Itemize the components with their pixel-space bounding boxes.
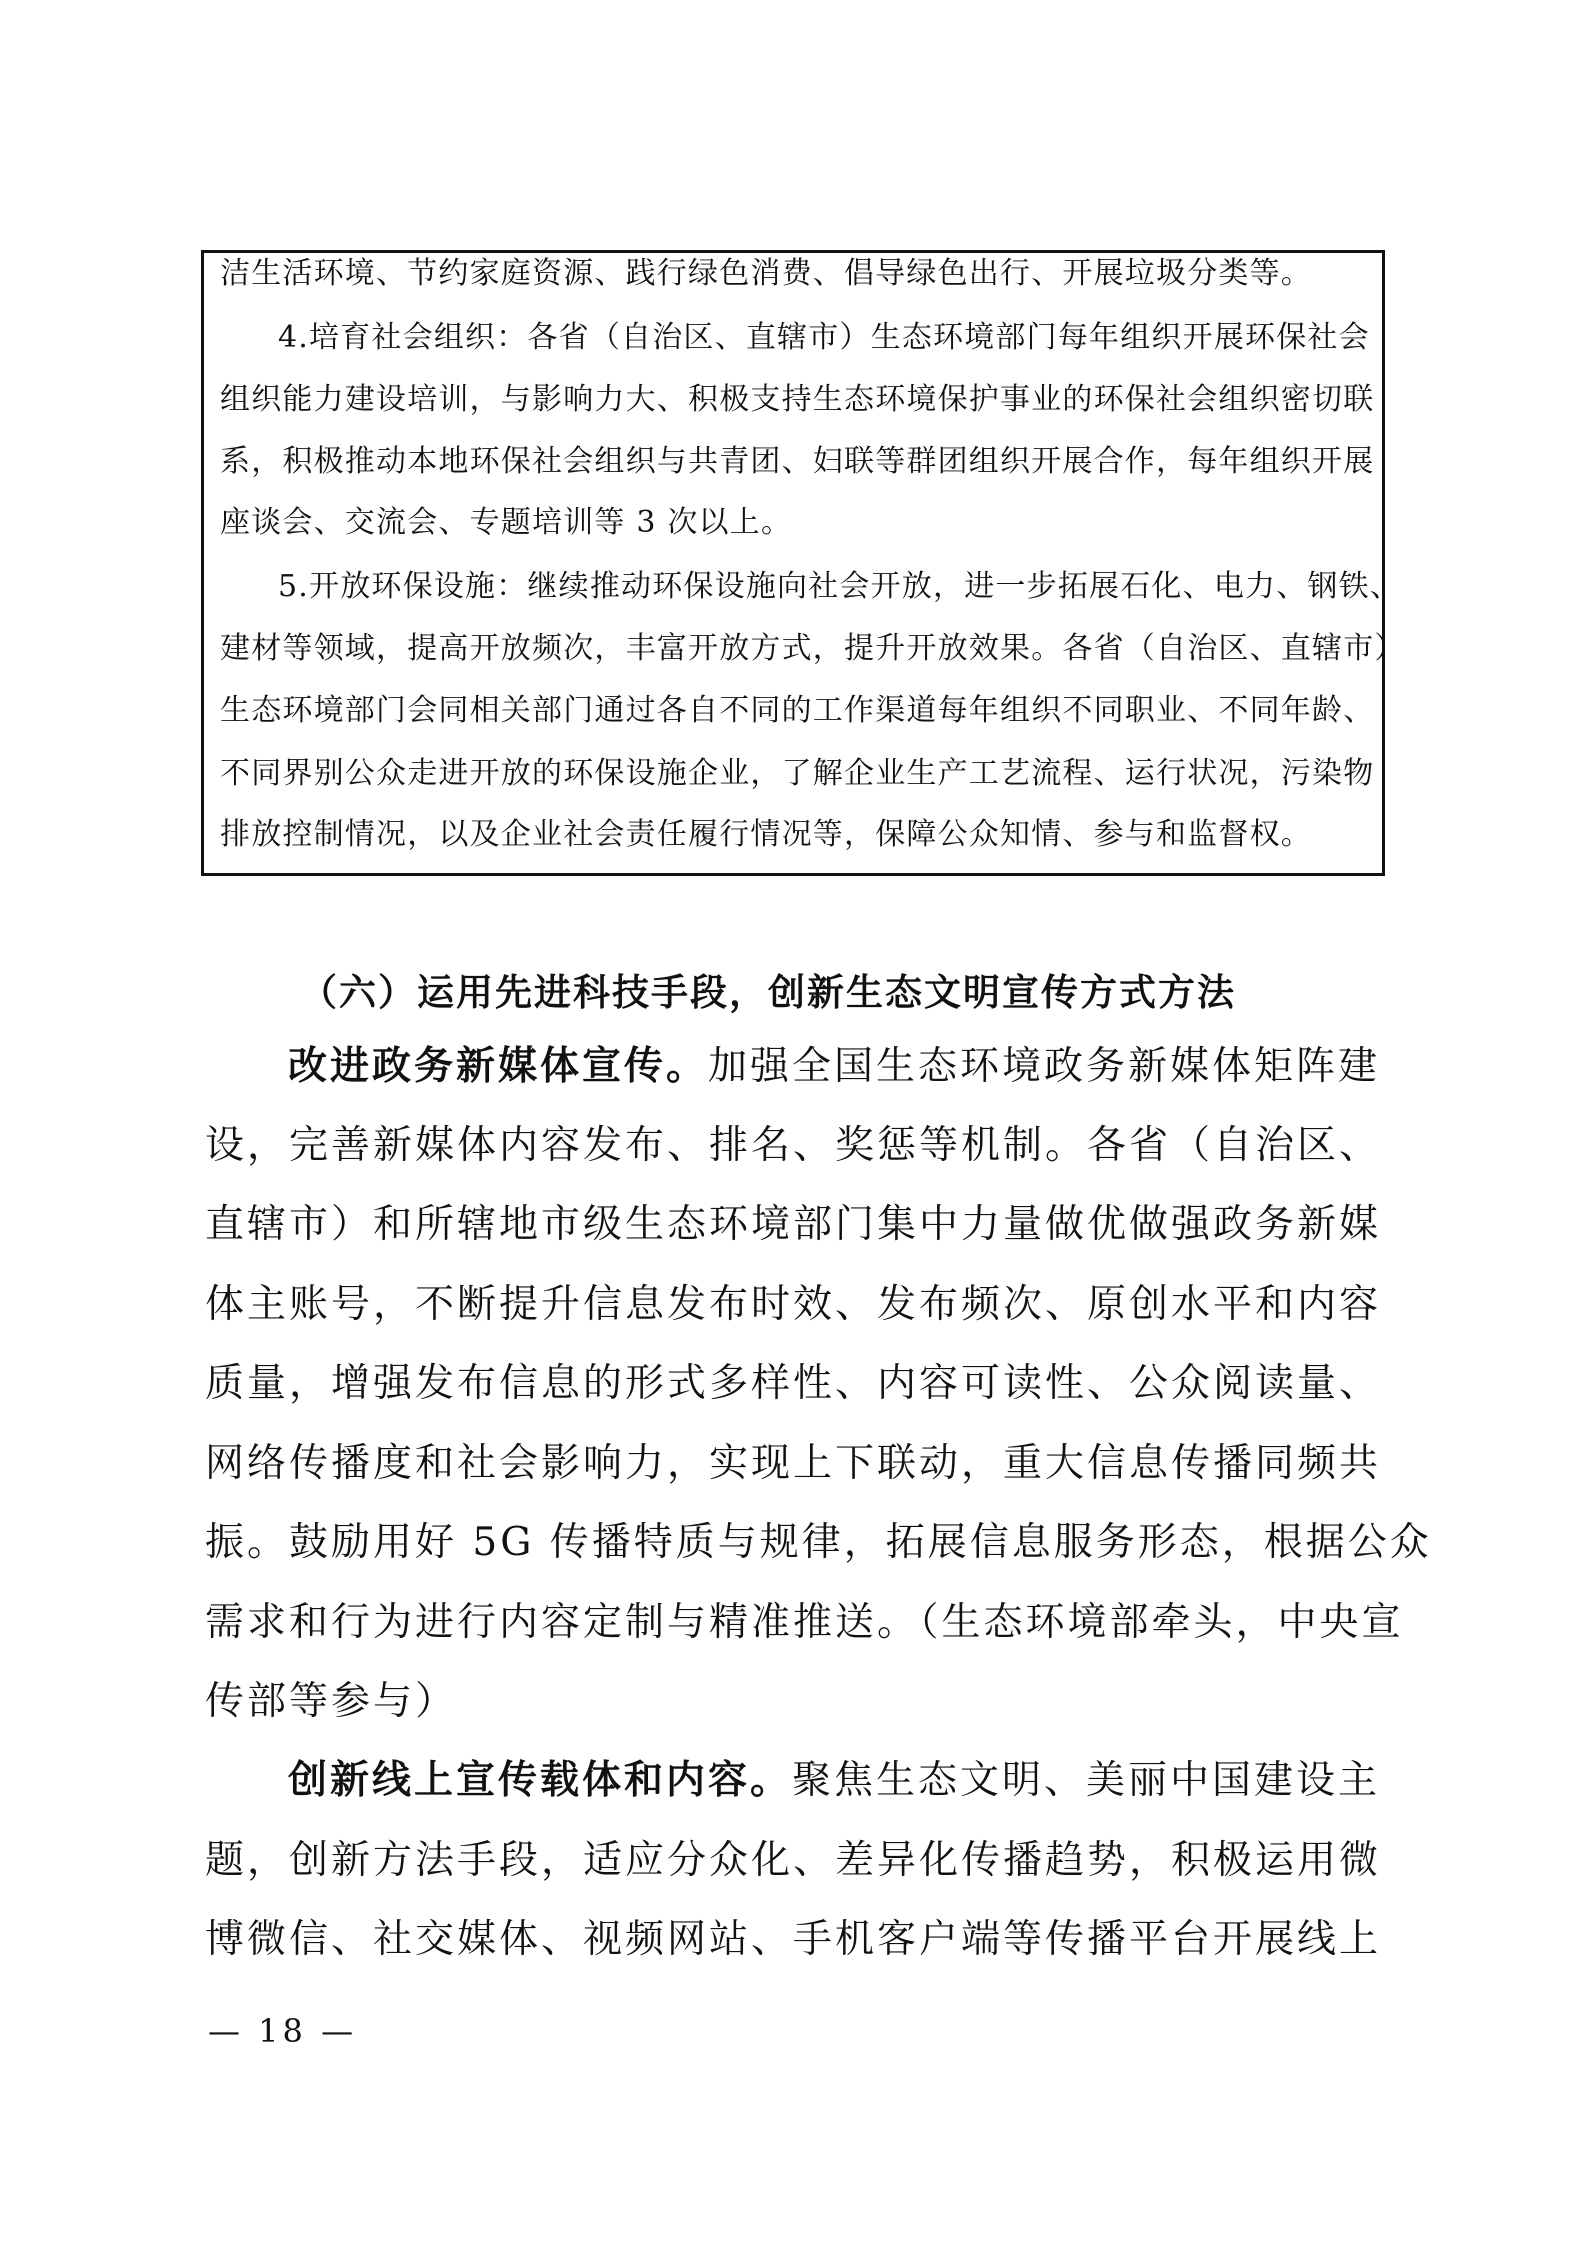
paragraph-text: 加强全国生态环境政务新媒体矩阵建 — [708, 1044, 1380, 1089]
box-line: 不同界别公众走进开放的环保设施企业，了解企业生产工艺流程、运行状况，污染物 — [220, 759, 1374, 789]
paragraph-line: 体主账号，不断提升信息发布时效、发布频次、原创水平和内容 — [205, 1285, 1381, 1325]
page-number: — 18 — — [208, 2012, 357, 2050]
paragraph-line: 质量，增强发布信息的形式多样性、内容可读性、公众阅读量、 — [205, 1364, 1381, 1404]
paragraph-text: 聚焦生态文明、美丽中国建设主 — [792, 1758, 1380, 1803]
paragraph-line: 传部等参与） — [205, 1682, 457, 1722]
box-line: 系，积极推动本地环保社会组织与共青团、妇联等群团组织开展合作，每年组织开展 — [220, 447, 1374, 477]
paragraph-line: 振。鼓励用好 5G 传播特质与规律，拓展信息服务形态，根据公众 — [205, 1523, 1432, 1563]
box-line: 座谈会、交流会、专题培训等 3 次以上。 — [220, 508, 792, 538]
paragraph-line: 直辖市）和所辖地市级生态环境部门集中力量做优做强政务新媒 — [205, 1205, 1381, 1245]
box-line: 洁生活环境、节约家庭资源、践行绿色消费、倡导绿色出行、开展垃圾分类等。 — [220, 259, 1312, 289]
paragraph-line: 改进政务新媒体宣传。加强全国生态环境政务新媒体矩阵建 — [288, 1047, 1380, 1087]
box-line: 建材等领域，提高开放频次，丰富开放方式，提升开放效果。各省（自治区、直辖市） — [220, 634, 1406, 664]
box-line: 4.培育社会组织：各省（自治区、直辖市）生态环境部门每年组织开展环保社会 — [278, 323, 1370, 353]
section-heading: （六）运用先进科技手段，创新生态文明宣传方式方法 — [300, 962, 1236, 1016]
paragraph-line: 题，创新方法手段，适应分众化、差异化传播趋势，积极运用微 — [205, 1841, 1381, 1881]
paragraph-line: 创新线上宣传载体和内容。聚焦生态文明、美丽中国建设主 — [288, 1761, 1380, 1801]
paragraph-lead: 创新线上宣传载体和内容。 — [288, 1758, 792, 1803]
box-line: 5.开放环保设施：继续推动环保设施向社会开放，进一步拓展石化、电力、钢铁、 — [278, 572, 1401, 602]
paragraph-lead: 改进政务新媒体宣传。 — [288, 1044, 708, 1089]
paragraph-line: 设，完善新媒体内容发布、排名、奖惩等机制。各省（自治区、 — [205, 1126, 1381, 1166]
paragraph-line: 网络传播度和社会影响力，实现上下联动，重大信息传播同频共 — [205, 1444, 1381, 1484]
box-line: 排放控制情况，以及企业社会责任履行情况等，保障公众知情、参与和监督权。 — [220, 820, 1312, 850]
info-box: 洁生活环境、节约家庭资源、践行绿色消费、倡导绿色出行、开展垃圾分类等。 4.培育… — [201, 250, 1385, 876]
box-line: 生态环境部门会同相关部门通过各自不同的工作渠道每年组织不同职业、不同年龄、 — [220, 696, 1374, 726]
paragraph-line: 需求和行为进行内容定制与精准推送。（生态环境部牵头，中央宣 — [205, 1603, 1404, 1643]
box-line: 组织能力建设培训，与影响力大、积极支持生态环境保护事业的环保社会组织密切联 — [220, 385, 1374, 415]
paragraph-line: 博微信、社交媒体、视频网站、手机客户端等传播平台开展线上 — [205, 1920, 1381, 1960]
